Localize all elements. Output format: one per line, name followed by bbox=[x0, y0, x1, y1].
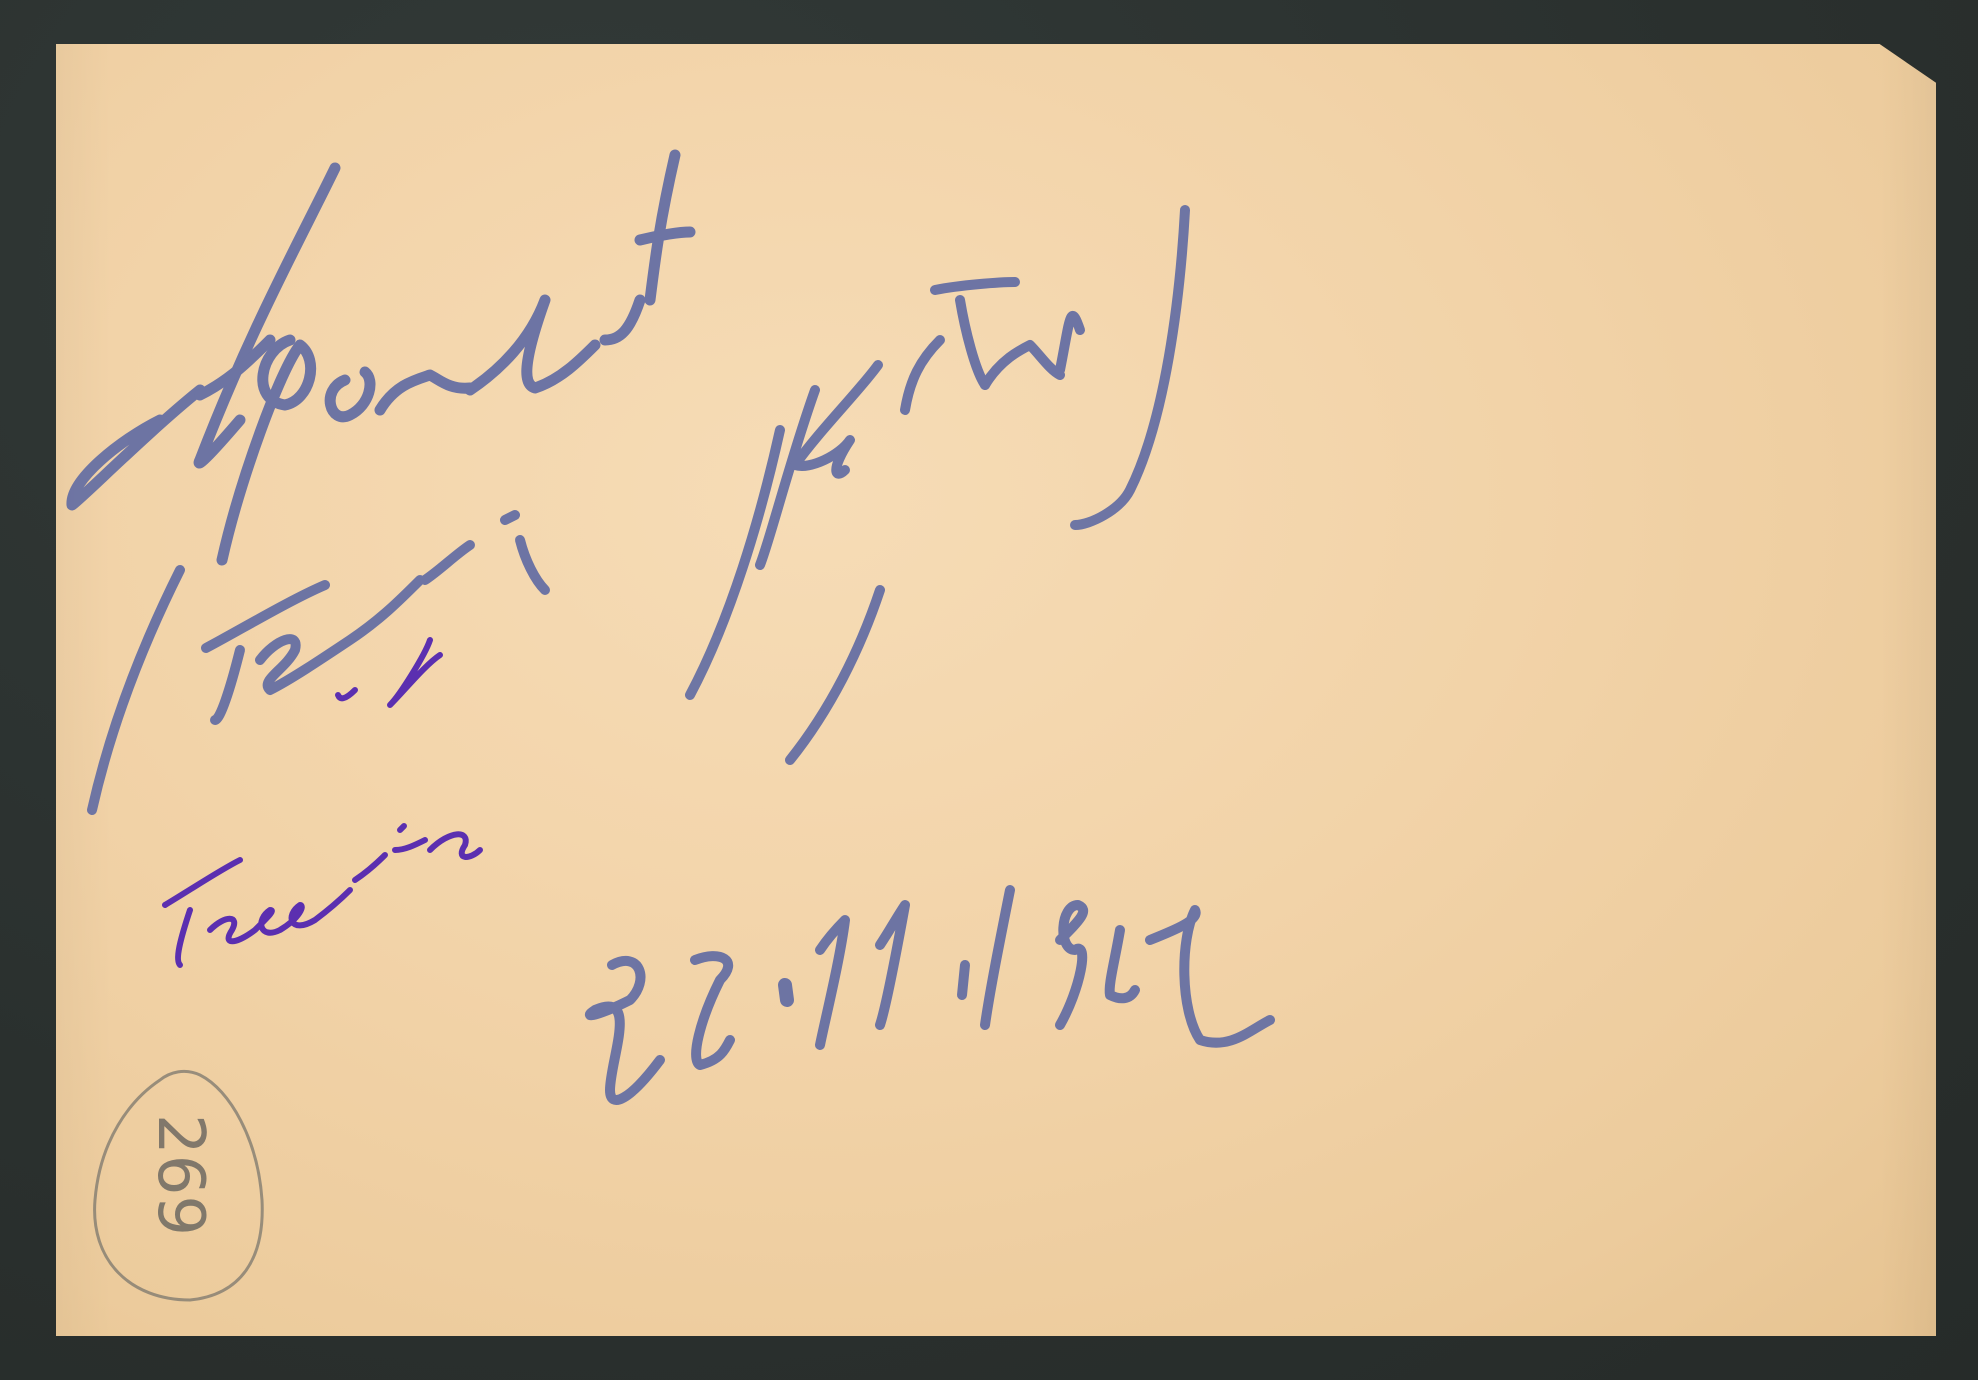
handwriting-layer bbox=[0, 0, 1978, 1380]
date-1952 bbox=[590, 890, 1270, 1100]
pencil-number-annotation: 269 bbox=[95, 1105, 265, 1245]
word-agondat bbox=[72, 155, 690, 560]
word-entra bbox=[760, 210, 1185, 760]
word-teccria-blue bbox=[92, 430, 780, 810]
word-teccria-violet bbox=[165, 640, 480, 965]
